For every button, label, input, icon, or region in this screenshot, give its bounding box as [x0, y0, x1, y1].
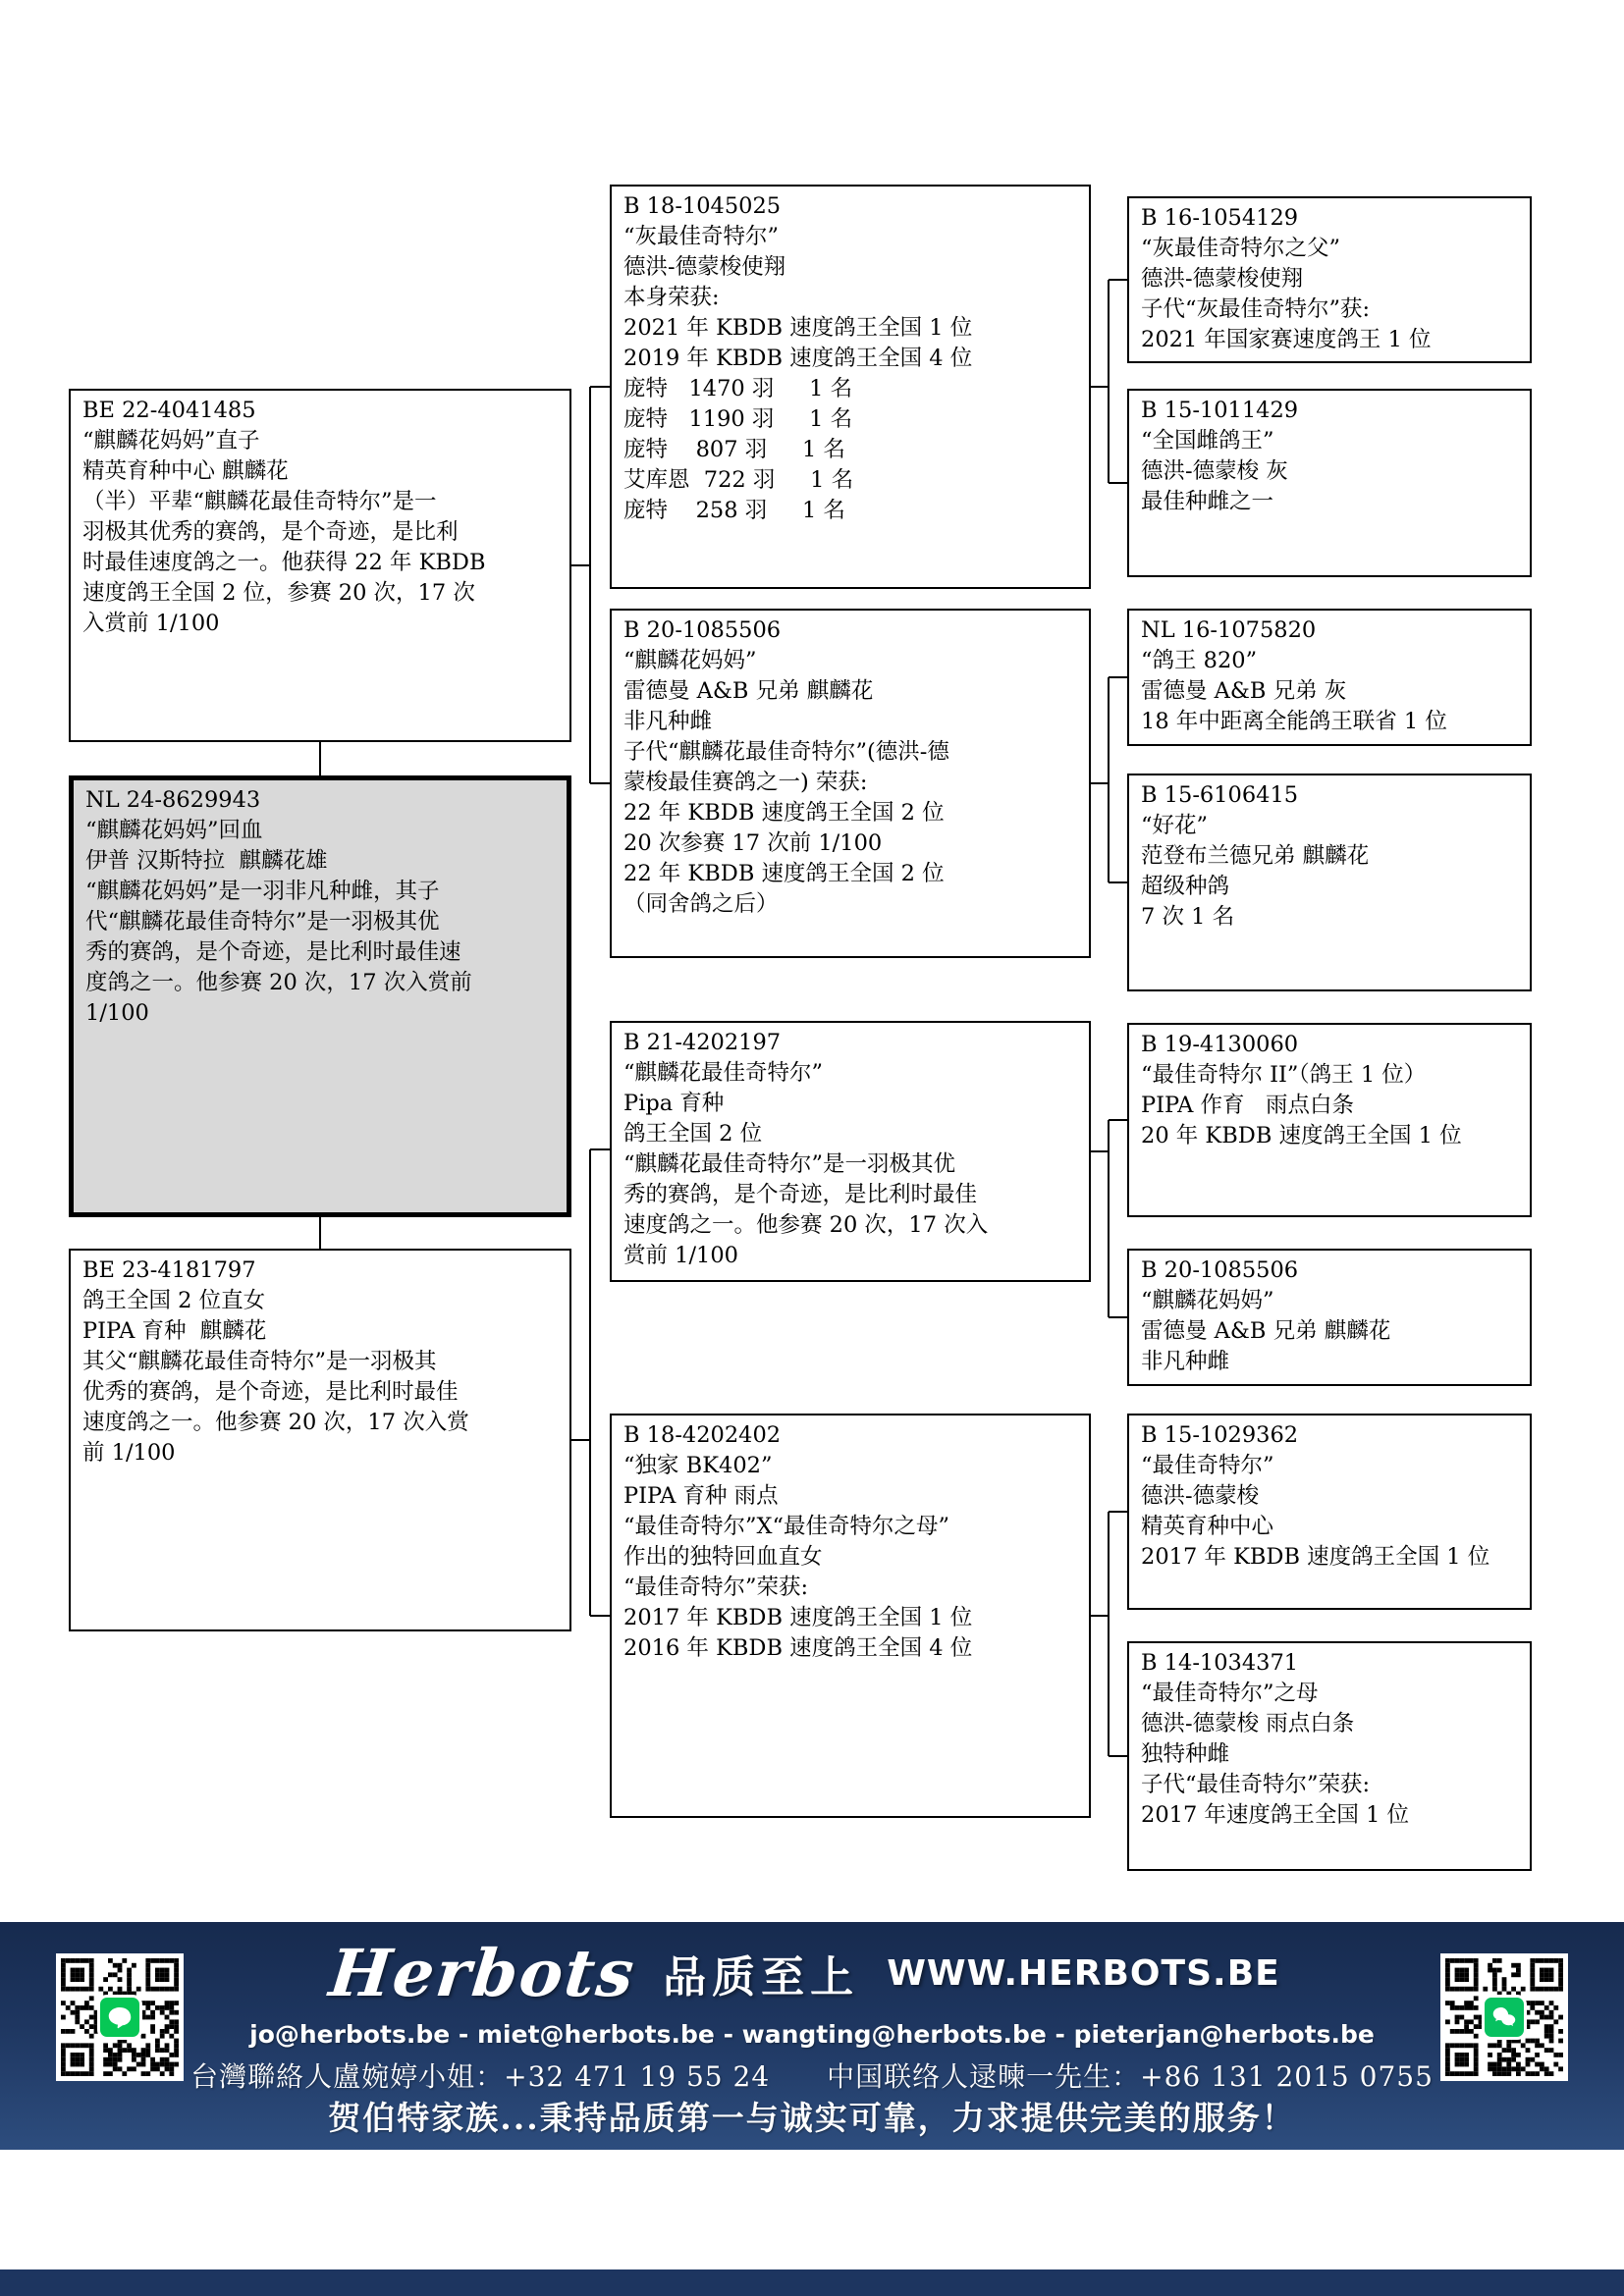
pedigree-box-left_top: BE 22-4041485“麒麟花妈妈”直子精英育种中心 麒麟花（半）平辈“麒麟… [69, 389, 571, 742]
pedigree-text-line: 7 次 1 名 [1141, 902, 1518, 933]
pedigree-text-line: 德洪-德蒙梭 灰 [1141, 456, 1518, 487]
pedigree-text-line: 20 次参赛 17 次前 1/100 [623, 828, 1077, 859]
pedigree-text-line: 德洪-德蒙梭使翔 [623, 252, 1077, 283]
pedigree-text-line: （半）平辈“麒麟花最佳奇特尔”是一 [82, 487, 558, 517]
pedigree-text-line: 优秀的赛鸽，是个奇迹，是比利时最佳 [82, 1377, 558, 1408]
footer-logo-row: Herbots 品质至上 WWW.HERBOTS.BE [196, 1932, 1414, 2014]
pedigree-text-line: Pipa 育种 [623, 1089, 1077, 1119]
footer-website: WWW.HERBOTS.BE [887, 1953, 1280, 1994]
pedigree-text-line: 雷德曼 A&B 兄弟 麒麟花 [623, 676, 1077, 707]
ring-number: BE 23-4181797 [82, 1255, 558, 1286]
pedigree-box-mid_2: B 20-1085506“麒麟花妈妈”雷德曼 A&B 兄弟 麒麟花非凡种雌子代“… [610, 609, 1091, 958]
ring-number: NL 24-8629943 [85, 785, 555, 816]
pedigree-text-line: 秀的赛鸽，是个奇迹，是比利时最佳速 [85, 937, 555, 968]
pedigree-text-line: 非凡种雌 [1141, 1347, 1518, 1377]
pedigree-text-line: 艾库恩 722 羽 1 名 [623, 465, 1077, 496]
pedigree-text-line: 入赏前 1/100 [82, 609, 558, 639]
pedigree-text-line: “麒麟花妈妈” [1141, 1286, 1518, 1316]
pedigree-text-line: 庞特 258 羽 1 名 [623, 496, 1077, 526]
footer-slogan: 品质至上 [663, 1942, 859, 2004]
pedigree-text-line: “最佳奇特尔” [1141, 1451, 1518, 1481]
pedigree-text-line: 雷德曼 A&B 兄弟 麒麟花 [1141, 1316, 1518, 1347]
pedigree-text-line: 2017 年 KBDB 速度鸽王全国 1 位 [1141, 1542, 1518, 1573]
footer-emails: jo@herbots.be - miet@herbots.be - wangti… [0, 2020, 1624, 2049]
ring-number: B 20-1085506 [623, 615, 1077, 646]
pedigree-text-line: 超级种鸽 [1141, 872, 1518, 902]
pedigree-text-line: 速度鸽之一。他参赛 20 次，17 次入 [623, 1210, 1077, 1241]
pedigree-text-line: “麒麟花妈妈”直子 [82, 426, 558, 456]
pedigree-text-line: 速度鸽王全国 2 位，参赛 20 次，17 次 [82, 578, 558, 609]
pedigree-text-line: 速度鸽之一。他参赛 20 次，17 次入赏 [82, 1408, 558, 1438]
pedigree-text-line: 前 1/100 [82, 1438, 558, 1468]
pedigree-text-line: 2021 年 KBDB 速度鸽王全国 1 位 [623, 313, 1077, 344]
pedigree-text-line: “最佳奇特尔”之母 [1141, 1679, 1518, 1709]
pedigree-box-right_4: B 15-6106415“好花”范登布兰德兄弟 麒麟花超级种鸽7 次 1 名 [1127, 774, 1532, 991]
pedigree-text-line: 2016 年 KBDB 速度鸽王全国 4 位 [623, 1633, 1077, 1664]
pedigree-text-line: 庞特 807 羽 1 名 [623, 435, 1077, 465]
ring-number: NL 16-1075820 [1141, 615, 1518, 646]
pedigree-text-line: “灰最佳奇特尔之父” [1141, 234, 1518, 264]
pedigree-text-line: 精英育种中心 麒麟花 [82, 456, 558, 487]
ring-number: BE 22-4041485 [82, 396, 558, 426]
pedigree-text-line: 代“麒麟花最佳奇特尔”是一羽极其优 [85, 907, 555, 937]
wechat-icon [1482, 1995, 1527, 2040]
pedigree-text-line: “灰最佳奇特尔” [623, 222, 1077, 252]
pedigree-text-line: 子代“最佳奇特尔”荣获: [1141, 1770, 1518, 1800]
pedigree-text-line: 庞特 1190 羽 1 名 [623, 404, 1077, 435]
pedigree-text-line: PIPA 作育 雨点白条 [1141, 1091, 1518, 1121]
pedigree-text-line: 2021 年国家赛速度鸽王 1 位 [1141, 325, 1518, 355]
pedigree-text-line: 子代“灰最佳奇特尔”获: [1141, 294, 1518, 325]
pedigree-text-line: 雷德曼 A&B 兄弟 灰 [1141, 676, 1518, 707]
bottom-strip [0, 2269, 1624, 2296]
pedigree-text-line: 18 年中距离全能鸽王联省 1 位 [1141, 707, 1518, 737]
pedigree-box-right_5: B 19-4130060“最佳奇特尔 II”（鸽王 1 位）PIPA 作育 雨点… [1127, 1023, 1532, 1217]
pedigree-text-line: 子代“麒麟花最佳奇特尔”(德洪-德 [623, 737, 1077, 768]
ring-number: B 15-1011429 [1141, 396, 1518, 426]
line-icon [97, 1995, 142, 2040]
pedigree-box-mid_4: B 18-4202402“独家 BK402”PIPA 育种 雨点“最佳奇特尔”X… [610, 1414, 1091, 1818]
pedigree-text-line: “好花” [1141, 811, 1518, 841]
ring-number: B 19-4130060 [1141, 1030, 1518, 1060]
pedigree-text-line: PIPA 育种 雨点 [623, 1481, 1077, 1512]
pedigree-text-line: 蒙梭最佳赛鸽之一) 荣获: [623, 768, 1077, 798]
pedigree-text-line: “鸽王 820” [1141, 646, 1518, 676]
ring-number: B 16-1054129 [1141, 203, 1518, 234]
pedigree-text-line: 独特种雌 [1141, 1739, 1518, 1770]
pedigree-text-line: “麒麟花妈妈”是一羽非凡种雌，其子 [85, 877, 555, 907]
pedigree-text-line: 秀的赛鸽，是个奇迹，是比利时最佳 [623, 1180, 1077, 1210]
pedigree-text-line: 鸽王全国 2 位直女 [82, 1286, 558, 1316]
pedigree-text-line: 22 年 KBDB 速度鸽王全国 2 位 [623, 798, 1077, 828]
pedigree-text-line: 范登布兰德兄弟 麒麟花 [1141, 841, 1518, 872]
pedigree-text-line: 本身荣获: [623, 283, 1077, 313]
pedigree-text-line: 作出的独特回血直女 [623, 1542, 1077, 1573]
pedigree-text-line: “麒麟花妈妈”回血 [85, 816, 555, 846]
pedigree-text-line: 德洪-德蒙梭 [1141, 1481, 1518, 1512]
pedigree-text-line: 德洪-德蒙梭 雨点白条 [1141, 1709, 1518, 1739]
pedigree-text-line: 2019 年 KBDB 速度鸽王全国 4 位 [623, 344, 1077, 374]
pedigree-box-mid_3: B 21-4202197“麒麟花最佳奇特尔”Pipa 育种鸽王全国 2 位“麒麟… [610, 1021, 1091, 1282]
ring-number: B 21-4202197 [623, 1028, 1077, 1058]
footer-tagline: 贺伯特家族...秉持品质第一与诚实可靠，力求提供完美的服务！ [0, 2093, 1624, 2139]
ring-number: B 18-4202402 [623, 1420, 1077, 1451]
pedigree-text-line: “麒麟花最佳奇特尔” [623, 1058, 1077, 1089]
pedigree-text-line: “独家 BK402” [623, 1451, 1077, 1481]
pedigree-text-line: 度鸽之一。他参赛 20 次，17 次入赏前 [85, 968, 555, 998]
ring-number: B 14-1034371 [1141, 1648, 1518, 1679]
pedigree-text-line: 20 年 KBDB 速度鸽王全国 1 位 [1141, 1121, 1518, 1151]
pedigree-text-line: 伊普 汉斯特拉 麒麟花雄 [85, 846, 555, 877]
ring-number: B 20-1085506 [1141, 1255, 1518, 1286]
pedigree-text-line: “最佳奇特尔”荣获: [623, 1573, 1077, 1603]
pedigree-box-right_3: NL 16-1075820“鸽王 820”雷德曼 A&B 兄弟 灰18 年中距离… [1127, 609, 1532, 746]
pedigree-text-line: “全国雌鸽王” [1141, 426, 1518, 456]
pedigree-text-line: 22 年 KBDB 速度鸽王全国 2 位 [623, 859, 1077, 889]
pedigree-text-line: 2017 年速度鸽王全国 1 位 [1141, 1800, 1518, 1831]
pedigree-text-line: 时最佳速度鸽之一。他获得 22 年 KBDB [82, 548, 558, 578]
pedigree-box-right_2: B 15-1011429“全国雌鸽王”德洪-德蒙梭 灰最佳种雌之一 [1127, 389, 1532, 577]
pedigree-box-subject: NL 24-8629943“麒麟花妈妈”回血伊普 汉斯特拉 麒麟花雄“麒麟花妈妈… [69, 775, 571, 1217]
pedigree-text-line: 赏前 1/100 [623, 1241, 1077, 1271]
pedigree-text-line: 2017 年 KBDB 速度鸽王全国 1 位 [623, 1603, 1077, 1633]
pedigree-text-line: 非凡种雌 [623, 707, 1077, 737]
pedigree-box-right_7: B 15-1029362“最佳奇特尔”德洪-德蒙梭精英育种中心2017 年 KB… [1127, 1414, 1532, 1610]
pedigree-box-right_6: B 20-1085506“麒麟花妈妈”雷德曼 A&B 兄弟 麒麟花非凡种雌 [1127, 1249, 1532, 1386]
pedigree-text-line: （同舍鸽之后） [623, 889, 1077, 920]
pedigree-text-line: 鸽王全国 2 位 [623, 1119, 1077, 1149]
footer-contacts: 台灣聯絡人盧婉婷小姐：+32 471 19 55 24 中国联络人逯暕一先生：+… [0, 2056, 1624, 2095]
pedigree-text-line: 最佳种雌之一 [1141, 487, 1518, 517]
pedigree-text-line: 1/100 [85, 998, 555, 1029]
ring-number: B 15-1029362 [1141, 1420, 1518, 1451]
pedigree-text-line: “最佳奇特尔”X“最佳奇特尔之母” [623, 1512, 1077, 1542]
pedigree-text-line: “麒麟花妈妈” [623, 646, 1077, 676]
pedigree-text-line: 羽极其优秀的赛鸽，是个奇迹，是比利 [82, 517, 558, 548]
ring-number: B 15-6106415 [1141, 780, 1518, 811]
pedigree-text-line: 德洪-德蒙梭使翔 [1141, 264, 1518, 294]
pedigree-text-line: “麒麟花最佳奇特尔”是一羽极其优 [623, 1149, 1077, 1180]
pedigree-text-line: 其父“麒麟花最佳奇特尔”是一羽极其 [82, 1347, 558, 1377]
pedigree-box-right_1: B 16-1054129“灰最佳奇特尔之父”德洪-德蒙梭使翔子代“灰最佳奇特尔”… [1127, 196, 1532, 363]
pedigree-box-left_bottom: BE 23-4181797鸽王全国 2 位直女PIPA 育种 麒麟花其父“麒麟花… [69, 1249, 571, 1631]
pedigree-text-line: 精英育种中心 [1141, 1512, 1518, 1542]
pedigree-text-line: PIPA 育种 麒麟花 [82, 1316, 558, 1347]
ring-number: B 18-1045025 [623, 191, 1077, 222]
pedigree-box-right_8: B 14-1034371“最佳奇特尔”之母德洪-德蒙梭 雨点白条独特种雌子代“最… [1127, 1641, 1532, 1871]
pedigree-box-mid_1: B 18-1045025“灰最佳奇特尔”德洪-德蒙梭使翔本身荣获:2021 年 … [610, 185, 1091, 589]
pedigree-text-line: “最佳奇特尔 II”（鸽王 1 位） [1141, 1060, 1518, 1091]
herbots-logo: Herbots [327, 1939, 639, 2007]
pedigree-page: { "pedigree": { "boxes": { "left_top": {… [0, 0, 1624, 2296]
pedigree-text-line: 庞特 1470 羽 1 名 [623, 374, 1077, 404]
footer-band: Herbots 品质至上 WWW.HERBOTS.BE jo@herbots.b… [0, 1922, 1624, 2150]
